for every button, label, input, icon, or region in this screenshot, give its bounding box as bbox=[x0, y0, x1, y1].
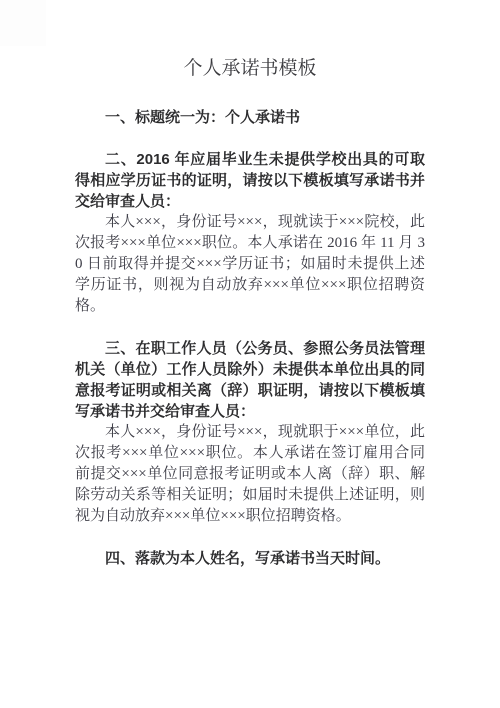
list-item-4-signature-rule: 四、落款为本人姓名，写承诺书当天时间。 bbox=[75, 548, 425, 569]
document-page: 个人承诺书模板 一、标题统一为：个人承诺书 二、2016 年应届毕业生未提供学校… bbox=[0, 0, 500, 708]
document-title: 个人承诺书模板 bbox=[75, 56, 425, 82]
template-paragraph-graduates: 本人×××，身份证号×××，现就读于×××院校，此次报考×××单位×××职位。本… bbox=[75, 212, 425, 317]
list-item-1-title-rule: 一、标题统一为：个人承诺书 bbox=[75, 107, 425, 128]
corner-shade-artifact bbox=[0, 0, 46, 46]
template-paragraph-employed: 本人×××，身份证号×××，现就职于×××单位，此次报考×××单位×××职位。本… bbox=[75, 422, 425, 527]
list-item-2-graduates-rule: 二、2016 年应届毕业生未提供学校出具的可取得相应学历证书的证明，请按以下模板… bbox=[75, 149, 425, 212]
list-item-3-employed-rule: 三、在职工作人员（公务员、参照公务员法管理机关（单位）工作人员除外）未提供本单位… bbox=[75, 338, 425, 422]
